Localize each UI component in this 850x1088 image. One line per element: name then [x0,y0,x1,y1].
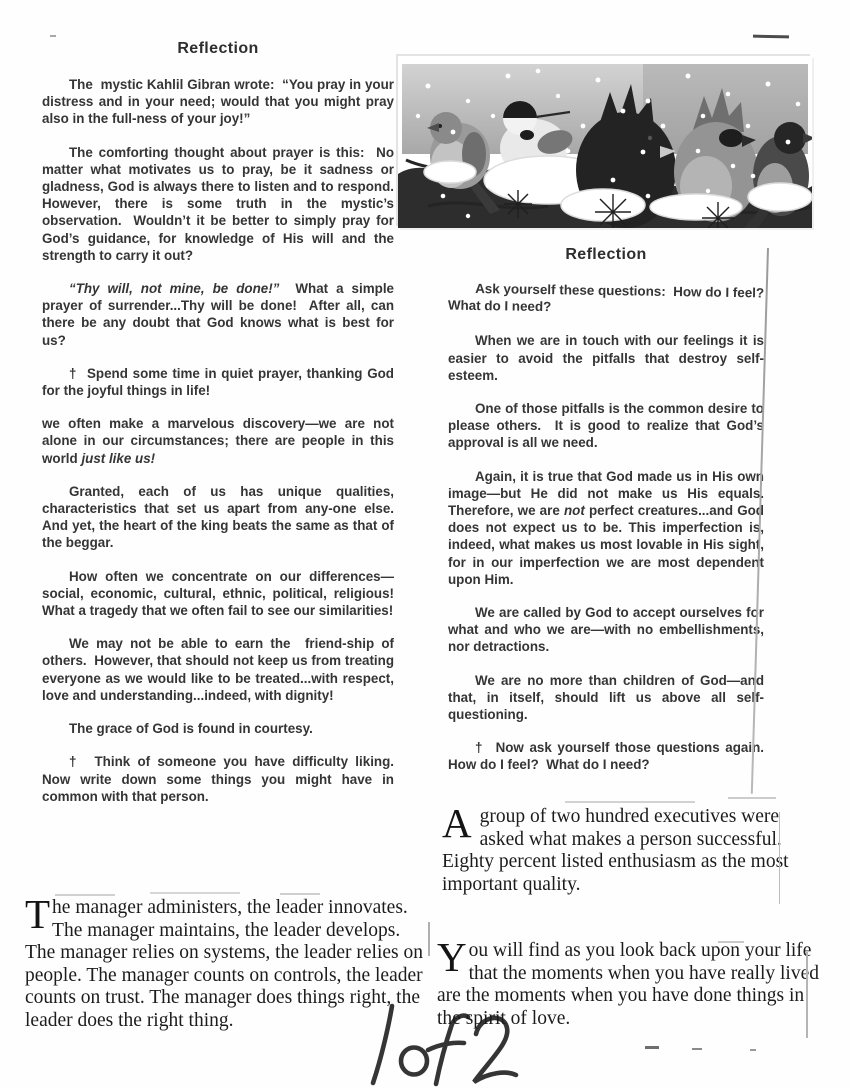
scan-dash [645,1046,659,1049]
handwritten-page-label: 1 of 2 [344,1000,524,1088]
reflection-paragraph: We may not be able to earn the friend-sh… [42,635,394,704]
drop-cap: T [25,897,52,931]
reflection-paragraph: The grace of God is found in courtesy. [42,720,394,737]
scan-edge [55,894,115,896]
right-reflection-heading: Reflection [448,246,764,264]
drop-cap: A [442,806,480,840]
reflection-paragraph: † Spend some time in quiet prayer, thank… [42,365,394,399]
scan-edge [280,893,320,895]
scan-edge [150,892,240,894]
scan-edge [565,801,695,803]
reflection-paragraph: The mystic Kahlil Gibran wrote: “You pra… [42,76,394,128]
reflection-paragraph: The comforting thought about prayer is t… [42,144,394,264]
winter-birds-illustration [398,56,812,228]
reflection-paragraph: Granted, each of us has unique qualities… [42,483,394,552]
reflection-paragraph: We are called by God to accept ourselves… [448,604,764,656]
reflection-paragraph: One of those pitfalls is the common desi… [448,400,764,452]
scan-speck [50,35,56,37]
scan-mark-top-right [753,35,789,39]
reflection-paragraph: “Thy will, not mine, be done!” What a si… [42,280,394,349]
left-reflection-column: Reflection The mystic Kahlil Gibran wrot… [42,40,394,821]
reflection-paragraph: we often make a marvelous discovery—we a… [42,415,394,467]
quote-executives-enthusiasm: Agroup of two hundred executives were as… [442,806,796,896]
left-reflection-heading: Reflection [42,40,394,58]
scan-dash [692,1048,702,1050]
reflection-paragraph: When we are in touch with our feelings i… [448,332,764,384]
scanned-page: Reflection The mystic Kahlil Gibran wrot… [0,0,850,1088]
reflection-paragraph: We are no more than children of God—and … [448,672,764,724]
scan-edge [728,797,776,799]
reflection-paragraph: Ask yourself these questions: How do I f… [448,280,765,319]
drop-cap: Y [437,940,469,974]
reflection-paragraph: † Think of someone you have difficulty l… [42,753,394,805]
quote-text: group of two hundred executives were ask… [442,806,789,895]
right-reflection-column: Reflection Ask yourself these questions:… [448,246,764,790]
reflection-paragraph: How often we concentrate on our differen… [42,568,394,620]
reflection-paragraph: † Now ask yourself those questions again… [448,739,764,773]
winter-birds-image [398,56,812,228]
scan-dash [750,1049,756,1051]
reflection-paragraph: Again, it is true that God made us in Hi… [448,468,764,588]
